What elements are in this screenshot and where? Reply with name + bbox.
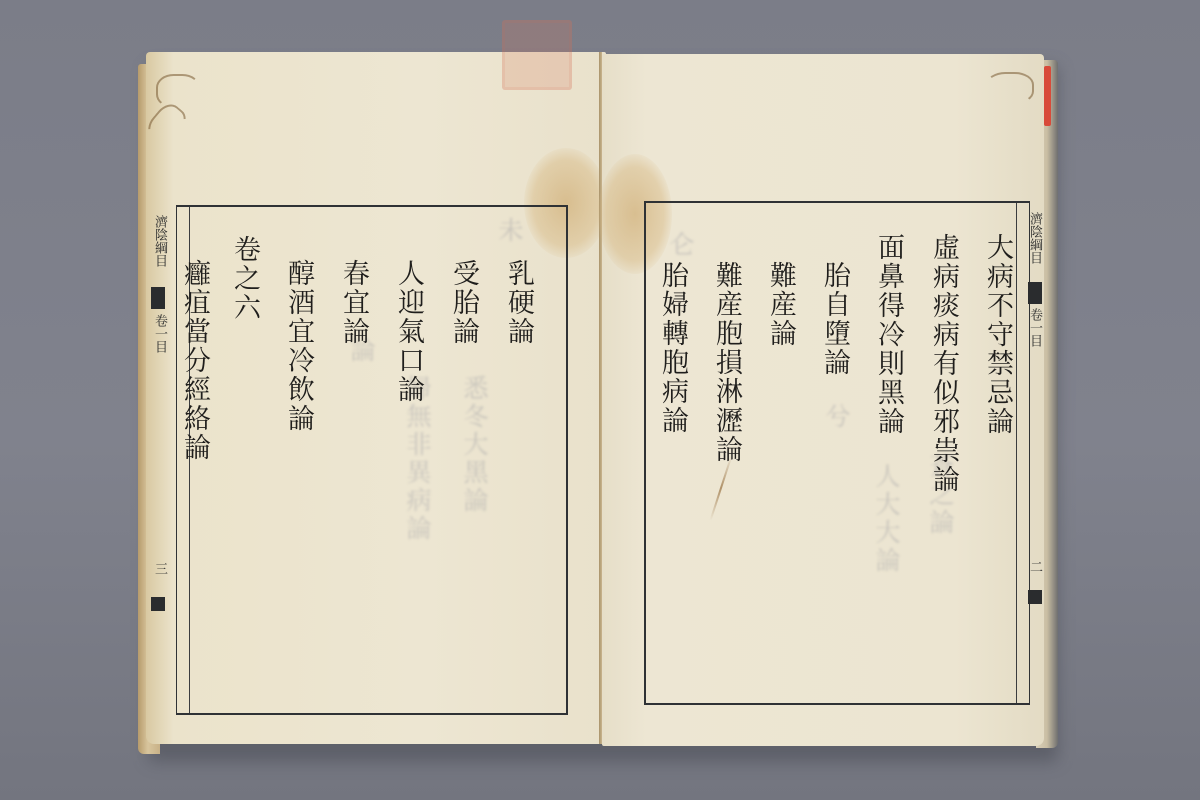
- margin-volume-label: 卷一目: [1028, 308, 1041, 347]
- bleed-through-text: 未: [497, 217, 522, 245]
- left-page: 未 悉冬大黑論 婦無非異病論 論 乳硬論 受胎論 人迎氣口論 春宜論 醇酒宜冷飲…: [146, 52, 606, 744]
- margin-page-number: 三: [153, 562, 166, 575]
- red-bookmark-tab: [1044, 66, 1051, 126]
- margin-volume-label: 卷一目: [153, 314, 166, 353]
- margin-book-title: 濟陰綱目: [1028, 212, 1041, 264]
- wormhole-damage: [156, 74, 200, 108]
- margin-book-title: 濟陰綱目: [153, 215, 166, 267]
- fishtail-mark: [1028, 590, 1042, 604]
- toc-entry: 胎婦轉胞病論: [659, 261, 686, 435]
- left-text-frame: 未 悉冬大黑論 婦無非異病論 論 乳硬論 受胎論 人迎氣口論 春宜論 醇酒宜冷飲…: [176, 205, 568, 715]
- fishtail-mark: [151, 287, 165, 309]
- toc-entry: 春宜論: [340, 259, 367, 346]
- toc-entry: 人迎氣口論: [395, 259, 422, 404]
- bleed-through-text: 人大大論: [874, 463, 899, 575]
- open-book: 未 悉冬大黑論 婦無非異病論 論 乳硬論 受胎論 人迎氣口論 春宜論 醇酒宜冷飲…: [138, 52, 1060, 752]
- toc-entry: 難産論: [767, 261, 794, 348]
- frame-rule: [1016, 203, 1017, 703]
- toc-entry: 胎自墮論: [821, 261, 848, 377]
- toc-entry: 醇酒宜冷飲論: [285, 259, 312, 433]
- fishtail-mark: [151, 597, 165, 611]
- wormhole-damage: [986, 72, 1034, 104]
- faint-red-seal: [502, 20, 572, 90]
- toc-entry: 受胎論: [450, 259, 477, 346]
- right-page: 仑 兮 人大大論 蒼之論 大病不守禁忌論 虛病痰病有似邪祟論 面鼻得冷則黑論 胎…: [602, 54, 1044, 746]
- fishtail-mark: [1028, 282, 1042, 304]
- toc-entry: 乳硬論: [505, 259, 532, 346]
- toc-entry: 面鼻得冷則黑論: [875, 233, 902, 436]
- toc-entry: 難産胞損淋瀝論: [713, 261, 740, 464]
- bleed-through-text: 兮: [824, 403, 849, 431]
- bleed-through-text: 仑: [668, 231, 693, 259]
- margin-page-number: 二: [1028, 560, 1041, 573]
- toc-entry: 虛病痰病有似邪祟論: [930, 233, 957, 494]
- toc-entry: 大病不守禁忌論: [984, 233, 1011, 436]
- right-text-frame: 仑 兮 人大大論 蒼之論 大病不守禁忌論 虛病痰病有似邪祟論 面鼻得冷則黑論 胎…: [644, 201, 1030, 705]
- volume-heading: 卷之六: [231, 235, 258, 322]
- bleed-through-text: 悉冬大黑論: [462, 375, 487, 515]
- toc-entry: 癰疽當分經絡論: [181, 259, 208, 462]
